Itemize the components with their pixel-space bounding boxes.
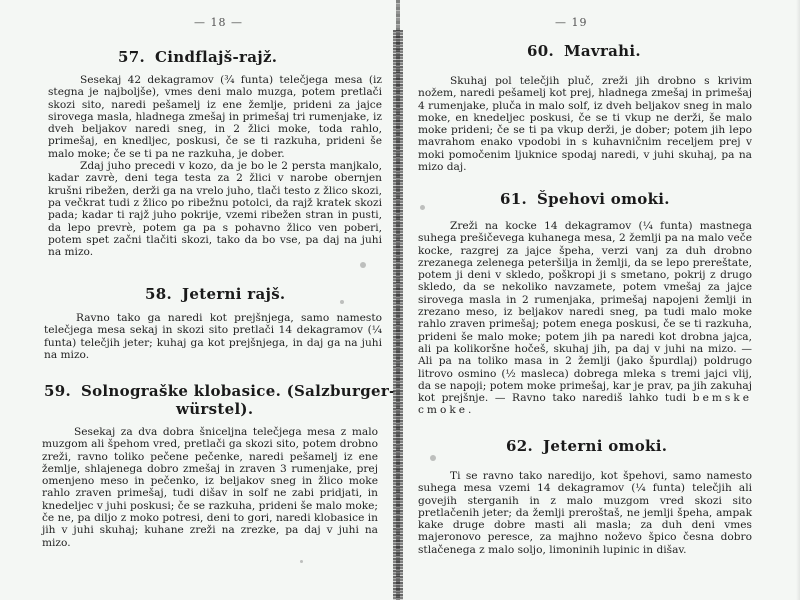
left-page: — 18 — 57.Cindflajš-rajž. Sesekaj 42 dek… [0,0,395,600]
recipe-body-59: Sesekaj za dva dobra šniceljna telečjega… [42,426,378,549]
recipe-heading-61: 61.Špehovi omoki. [500,190,670,208]
recipe-number: 58. [145,285,172,303]
page-number: — 19 [555,16,588,29]
page-edge [796,0,800,600]
recipe-title: Cindflajš-rajž. [155,48,277,66]
paragraph: Skuhaj pol telečjih pluč, zreži jih drob… [418,75,752,173]
recipe-heading-59-cont: würstel). [176,400,253,418]
paragraph: Sesekaj za dva dobra šniceljna telečjega… [42,426,378,549]
recipe-number: 59. [44,382,71,400]
paragraph: Ravno tako ga naredi kot prejšnjega, sam… [44,312,382,361]
recipe-title: Solnograške klobasice. (Salzburger- [81,382,396,400]
scan-speck [420,205,425,210]
recipe-title: Jeterni omoki. [543,437,667,455]
paragraph: Zdaj juho precedi v kozo, da je bo le 2 … [48,160,382,258]
recipe-number: 57. [118,48,145,66]
recipe-body-58: Ravno tako ga naredi kot prejšnjega, sam… [44,312,382,361]
scan-speck [300,560,303,563]
paragraph: Sesekaj 42 dekagramov (¾ funta) telečjeg… [48,74,382,160]
recipe-number: 61. [500,190,527,208]
recipe-heading-62: 62.Jeterni omoki. [506,437,667,455]
recipe-title-cont: würstel). [176,400,253,418]
recipe-body-62: Ti se ravno tako naredijo, kot špehovi, … [418,470,752,556]
book-spread: — 18 — 57.Cindflajš-rajž. Sesekaj 42 dek… [0,0,800,600]
recipe-body-60: Skuhaj pol telečjih pluč, zreži jih drob… [418,75,752,173]
recipe-heading-58: 58.Jeterni rajš. [145,285,285,303]
recipe-body-57: Sesekaj 42 dekagramov (¾ funta) telečjeg… [48,74,382,258]
recipe-title: Mavrahi. [564,42,641,60]
recipe-heading-60: 60.Mavrahi. [527,42,641,60]
recipe-heading-57: 57.Cindflajš-rajž. [118,48,277,66]
paragraph: Ti se ravno tako naredijo, kot špehovi, … [418,470,752,556]
right-page: — 19 60.Mavrahi. Skuhaj pol telečjih plu… [400,0,800,600]
page-number: — 18 — [194,16,243,29]
scan-speck [340,300,344,304]
recipe-number: 60. [527,42,554,60]
recipe-number: 62. [506,437,533,455]
recipe-body-61: Zreži na kocke 14 dekagramov (¼ funta) m… [418,220,752,417]
paragraph: Zreži na kocke 14 dekagramov (¼ funta) m… [418,220,752,417]
recipe-title: Špehovi omoki. [537,190,670,208]
scan-speck [360,262,366,268]
recipe-title: Jeterni rajš. [182,285,285,303]
recipe-heading-59: 59.Solnograške klobasice. (Salzburger- [44,382,396,400]
scan-speck [430,455,436,461]
